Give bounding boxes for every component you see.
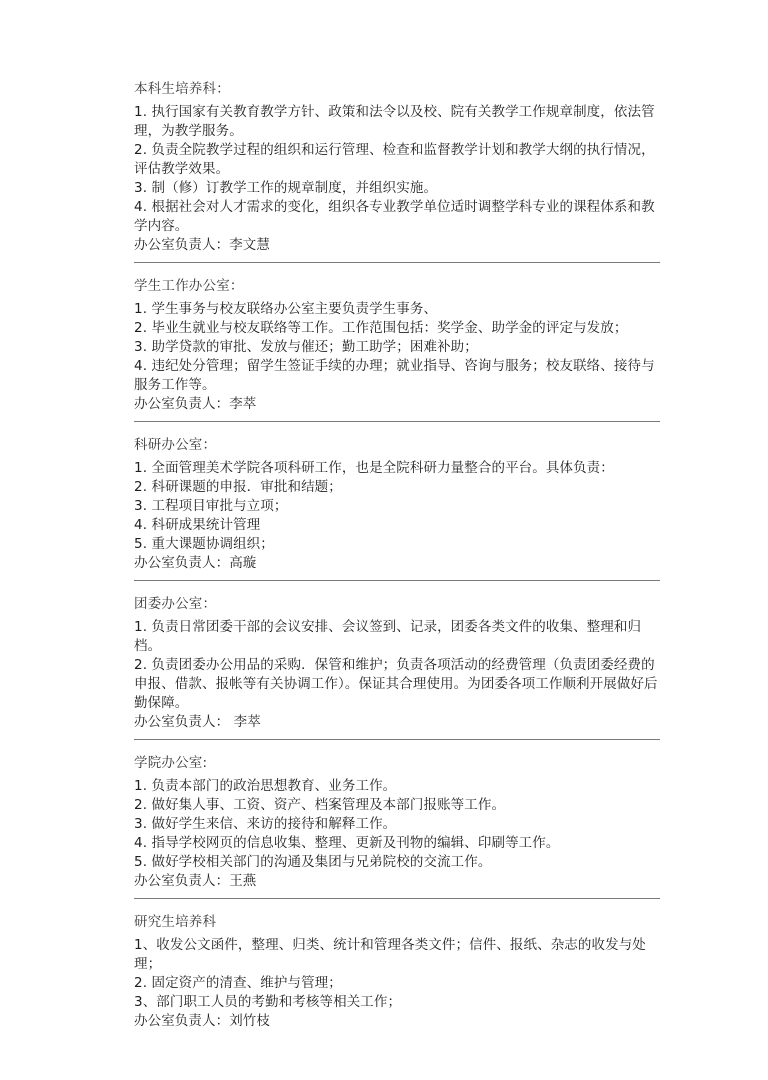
duty-item: 1. 执行国家有关教育教学方针、政策和法令以及校、院有关教学工作规章制度，依法管… bbox=[134, 103, 660, 141]
office-manager: 办公室负责人：李萃 bbox=[134, 395, 660, 414]
section-title: 团委办公室： bbox=[134, 595, 660, 614]
duty-item: 5. 重大课题协调组织； bbox=[134, 535, 660, 554]
section-title: 研究生培养科 bbox=[134, 913, 660, 932]
office-manager: 办公室负责人：高璇 bbox=[134, 554, 660, 573]
duty-item: 1. 全面管理美术学院各项科研工作，也是全院科研力量整合的平台。具体负责： bbox=[134, 459, 660, 478]
duty-item: 3、部门职工人员的考勤和考核等相关工作； bbox=[134, 993, 660, 1012]
office-manager: 办公室负责人：王燕 bbox=[134, 872, 660, 891]
document-body: 本科生培养科： 1. 执行国家有关教育教学方针、政策和法令以及校、院有关教学工作… bbox=[134, 80, 660, 1031]
section-undergraduate-training: 本科生培养科： 1. 执行国家有关教育教学方针、政策和法令以及校、院有关教学工作… bbox=[134, 80, 660, 263]
section-divider bbox=[134, 739, 660, 740]
duty-item: 1、收发公文函件，整理、归类、统计和管理各类文件；信件、报纸、杂志的收发与处理； bbox=[134, 936, 660, 974]
duty-item: 3. 工程项目审批与立项； bbox=[134, 497, 660, 516]
duty-item: 1. 负责本部门的政治思想教育、业务工作。 bbox=[134, 777, 660, 796]
duty-item: 2. 固定资产的清查、维护与管理； bbox=[134, 974, 660, 993]
section-title: 学院办公室: bbox=[134, 754, 660, 773]
duty-item: 5. 做好学校相关部门的沟通及集团与兄弟院校的交流工作。 bbox=[134, 853, 660, 872]
duty-item: 2. 毕业生就业与校友联络等工作。工作范围包括：奖学金、助学金的评定与发放； bbox=[134, 319, 660, 338]
section-title: 学生工作办公室： bbox=[134, 277, 660, 296]
duty-item: 2. 负责团委办公用品的采购．保管和维护；负责各项活动的经费管理（负责团委经费的… bbox=[134, 656, 660, 713]
section-divider bbox=[134, 262, 660, 263]
section-youth-league-office: 团委办公室： 1. 负责日常团委干部的会议安排、会议签到、记录，团委各类文件的收… bbox=[134, 595, 660, 740]
section-divider bbox=[134, 898, 660, 899]
duty-item: 4. 指导学校网页的信息收集、整理、更新及刊物的编辑、印刷等工作。 bbox=[134, 834, 660, 853]
office-manager: 办公室负责人：李文慧 bbox=[134, 236, 660, 255]
duty-item: 1. 负责日常团委干部的会议安排、会议签到、记录，团委各类文件的收集、整理和归档… bbox=[134, 618, 660, 656]
section-student-affairs-office: 学生工作办公室： 1. 学生事务与校友联络办公室主要负责学生事务、 2. 毕业生… bbox=[134, 277, 660, 422]
section-research-office: 科研办公室： 1. 全面管理美术学院各项科研工作，也是全院科研力量整合的平台。具… bbox=[134, 436, 660, 581]
section-graduate-training: 研究生培养科 1、收发公文函件，整理、归类、统计和管理各类文件；信件、报纸、杂志… bbox=[134, 913, 660, 1031]
section-divider bbox=[134, 580, 660, 581]
duty-item: 2. 负责全院教学过程的组织和运行管理、检查和监督教学计划和教学大纲的执行情况，… bbox=[134, 141, 660, 179]
duty-item: 2. 做好集人事、工资、资产、档案管理及本部门报账等工作。 bbox=[134, 796, 660, 815]
section-divider bbox=[134, 421, 660, 422]
section-title: 本科生培养科： bbox=[134, 80, 660, 99]
office-manager: 办公室负责人：刘竹枝 bbox=[134, 1012, 660, 1031]
duty-item: 2. 科研课题的申报．审批和结题； bbox=[134, 478, 660, 497]
office-manager: 办公室负责人： 李萃 bbox=[134, 713, 660, 732]
section-college-office: 学院办公室: 1. 负责本部门的政治思想教育、业务工作。 2. 做好集人事、工资… bbox=[134, 754, 660, 899]
duty-item: 4. 根据社会对人才需求的变化，组织各专业教学单位适时调整学科专业的课程体系和教… bbox=[134, 198, 660, 236]
duty-item: 3. 做好学生来信、来访的接待和解释工作。 bbox=[134, 815, 660, 834]
duty-item: 3. 助学贷款的审批、发放与催还；勤工助学；困难补助； bbox=[134, 338, 660, 357]
duty-item: 3. 制（修）订教学工作的规章制度，并组织实施。 bbox=[134, 179, 660, 198]
duty-item: 1. 学生事务与校友联络办公室主要负责学生事务、 bbox=[134, 300, 660, 319]
section-title: 科研办公室： bbox=[134, 436, 660, 455]
duty-item: 4. 科研成果统计管理 bbox=[134, 516, 660, 535]
duty-item: 4. 违纪处分管理；留学生签证手续的办理；就业指导、咨询与服务；校友联络、接待与… bbox=[134, 357, 660, 395]
